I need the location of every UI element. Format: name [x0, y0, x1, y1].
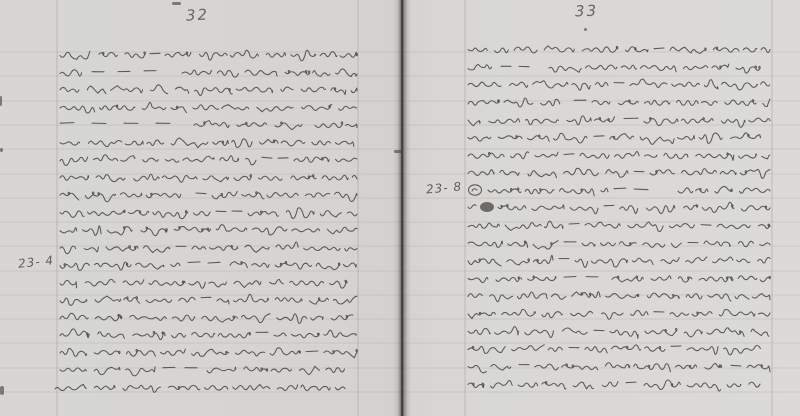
- manuscript-scan: 32 33 23- 4 23- 8: [0, 0, 800, 416]
- scan-speck: [172, 2, 181, 5]
- scan-speck: [0, 386, 4, 395]
- page-gutter: [393, 0, 411, 416]
- page-number-right: 33: [575, 2, 599, 21]
- handwriting-lines-layer: [55, 46, 770, 392]
- scan-speck: [0, 148, 3, 152]
- page-number-left: 32: [186, 5, 210, 24]
- scan-speck: [0, 96, 2, 106]
- scan-speck: [584, 28, 587, 31]
- scan-speck: [394, 150, 403, 153]
